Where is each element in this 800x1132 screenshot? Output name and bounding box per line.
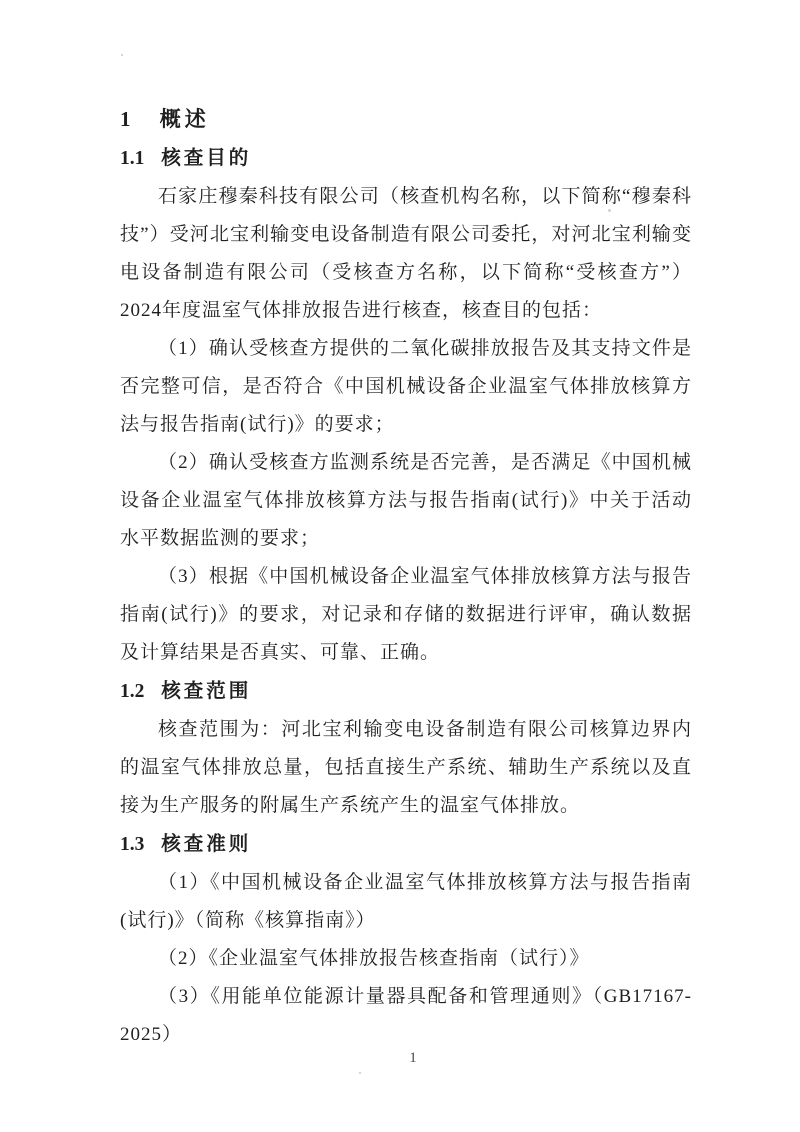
section-heading-verification-purpose: 1.1 核查目的 <box>120 139 692 178</box>
section-number: 1.2 <box>120 673 144 711</box>
document-content: 1 概述 1.1 核查目的 石家庄穆秦科技有限公司（核查机构名称，以下简称“穆秦… <box>120 100 692 1054</box>
paragraph-criteria-item-3: （3）《用能单位能源计量器具配备和管理通则》（GB17167-2025） <box>120 978 692 1054</box>
page-number: 1 <box>0 1048 800 1068</box>
paragraph-purpose-item-2: （2）确认受核查方监测系统是否完善，是否满足《中国机械设备企业温室气体排放核算方… <box>120 444 692 558</box>
section-number: 1.1 <box>120 140 144 178</box>
section-title: 核查范围 <box>161 680 251 702</box>
paragraph-criteria-item-1: （1）《中国机械设备企业温室气体排放核算方法与报告指南(试行)》（简称《核算指南… <box>120 864 692 940</box>
section-number: 1.3 <box>120 826 144 864</box>
section-heading-verification-scope: 1.2 核查范围 <box>120 672 692 711</box>
document-page: 1 概述 1.1 核查目的 石家庄穆秦科技有限公司（核查机构名称，以下简称“穆秦… <box>0 0 800 1132</box>
paragraph-purpose-item-3: （3）根据《中国机械设备企业温室气体排放核算方法与报告指南(试行)》的要求，对记… <box>120 558 692 672</box>
paragraph-purpose-item-1: （1）确认受核查方提供的二氧化碳排放报告及其支持文件是否完整可信，是否符合《中国… <box>120 330 692 444</box>
scan-speck <box>359 1072 361 1074</box>
paragraph-criteria-item-2: （2）《企业温室气体排放报告核查指南（试行）》 <box>120 940 692 978</box>
section-title: 核查目的 <box>161 147 251 169</box>
chapter-title: 概述 <box>160 108 210 131</box>
scan-speck <box>121 54 123 56</box>
scan-speck <box>608 209 611 212</box>
paragraph-scope: 核查范围为：河北宝利输变电设备制造有限公司核算边界内的温室气体排放总量，包括直接… <box>120 711 692 825</box>
section-title: 核查准则 <box>161 833 251 855</box>
section-heading-verification-criteria: 1.3 核查准则 <box>120 825 692 864</box>
chapter-heading: 1 概述 <box>120 100 692 139</box>
paragraph-intro: 石家庄穆秦科技有限公司（核查机构名称，以下简称“穆秦科技”）受河北宝利输变电设备… <box>120 178 692 330</box>
chapter-number: 1 <box>120 100 132 138</box>
